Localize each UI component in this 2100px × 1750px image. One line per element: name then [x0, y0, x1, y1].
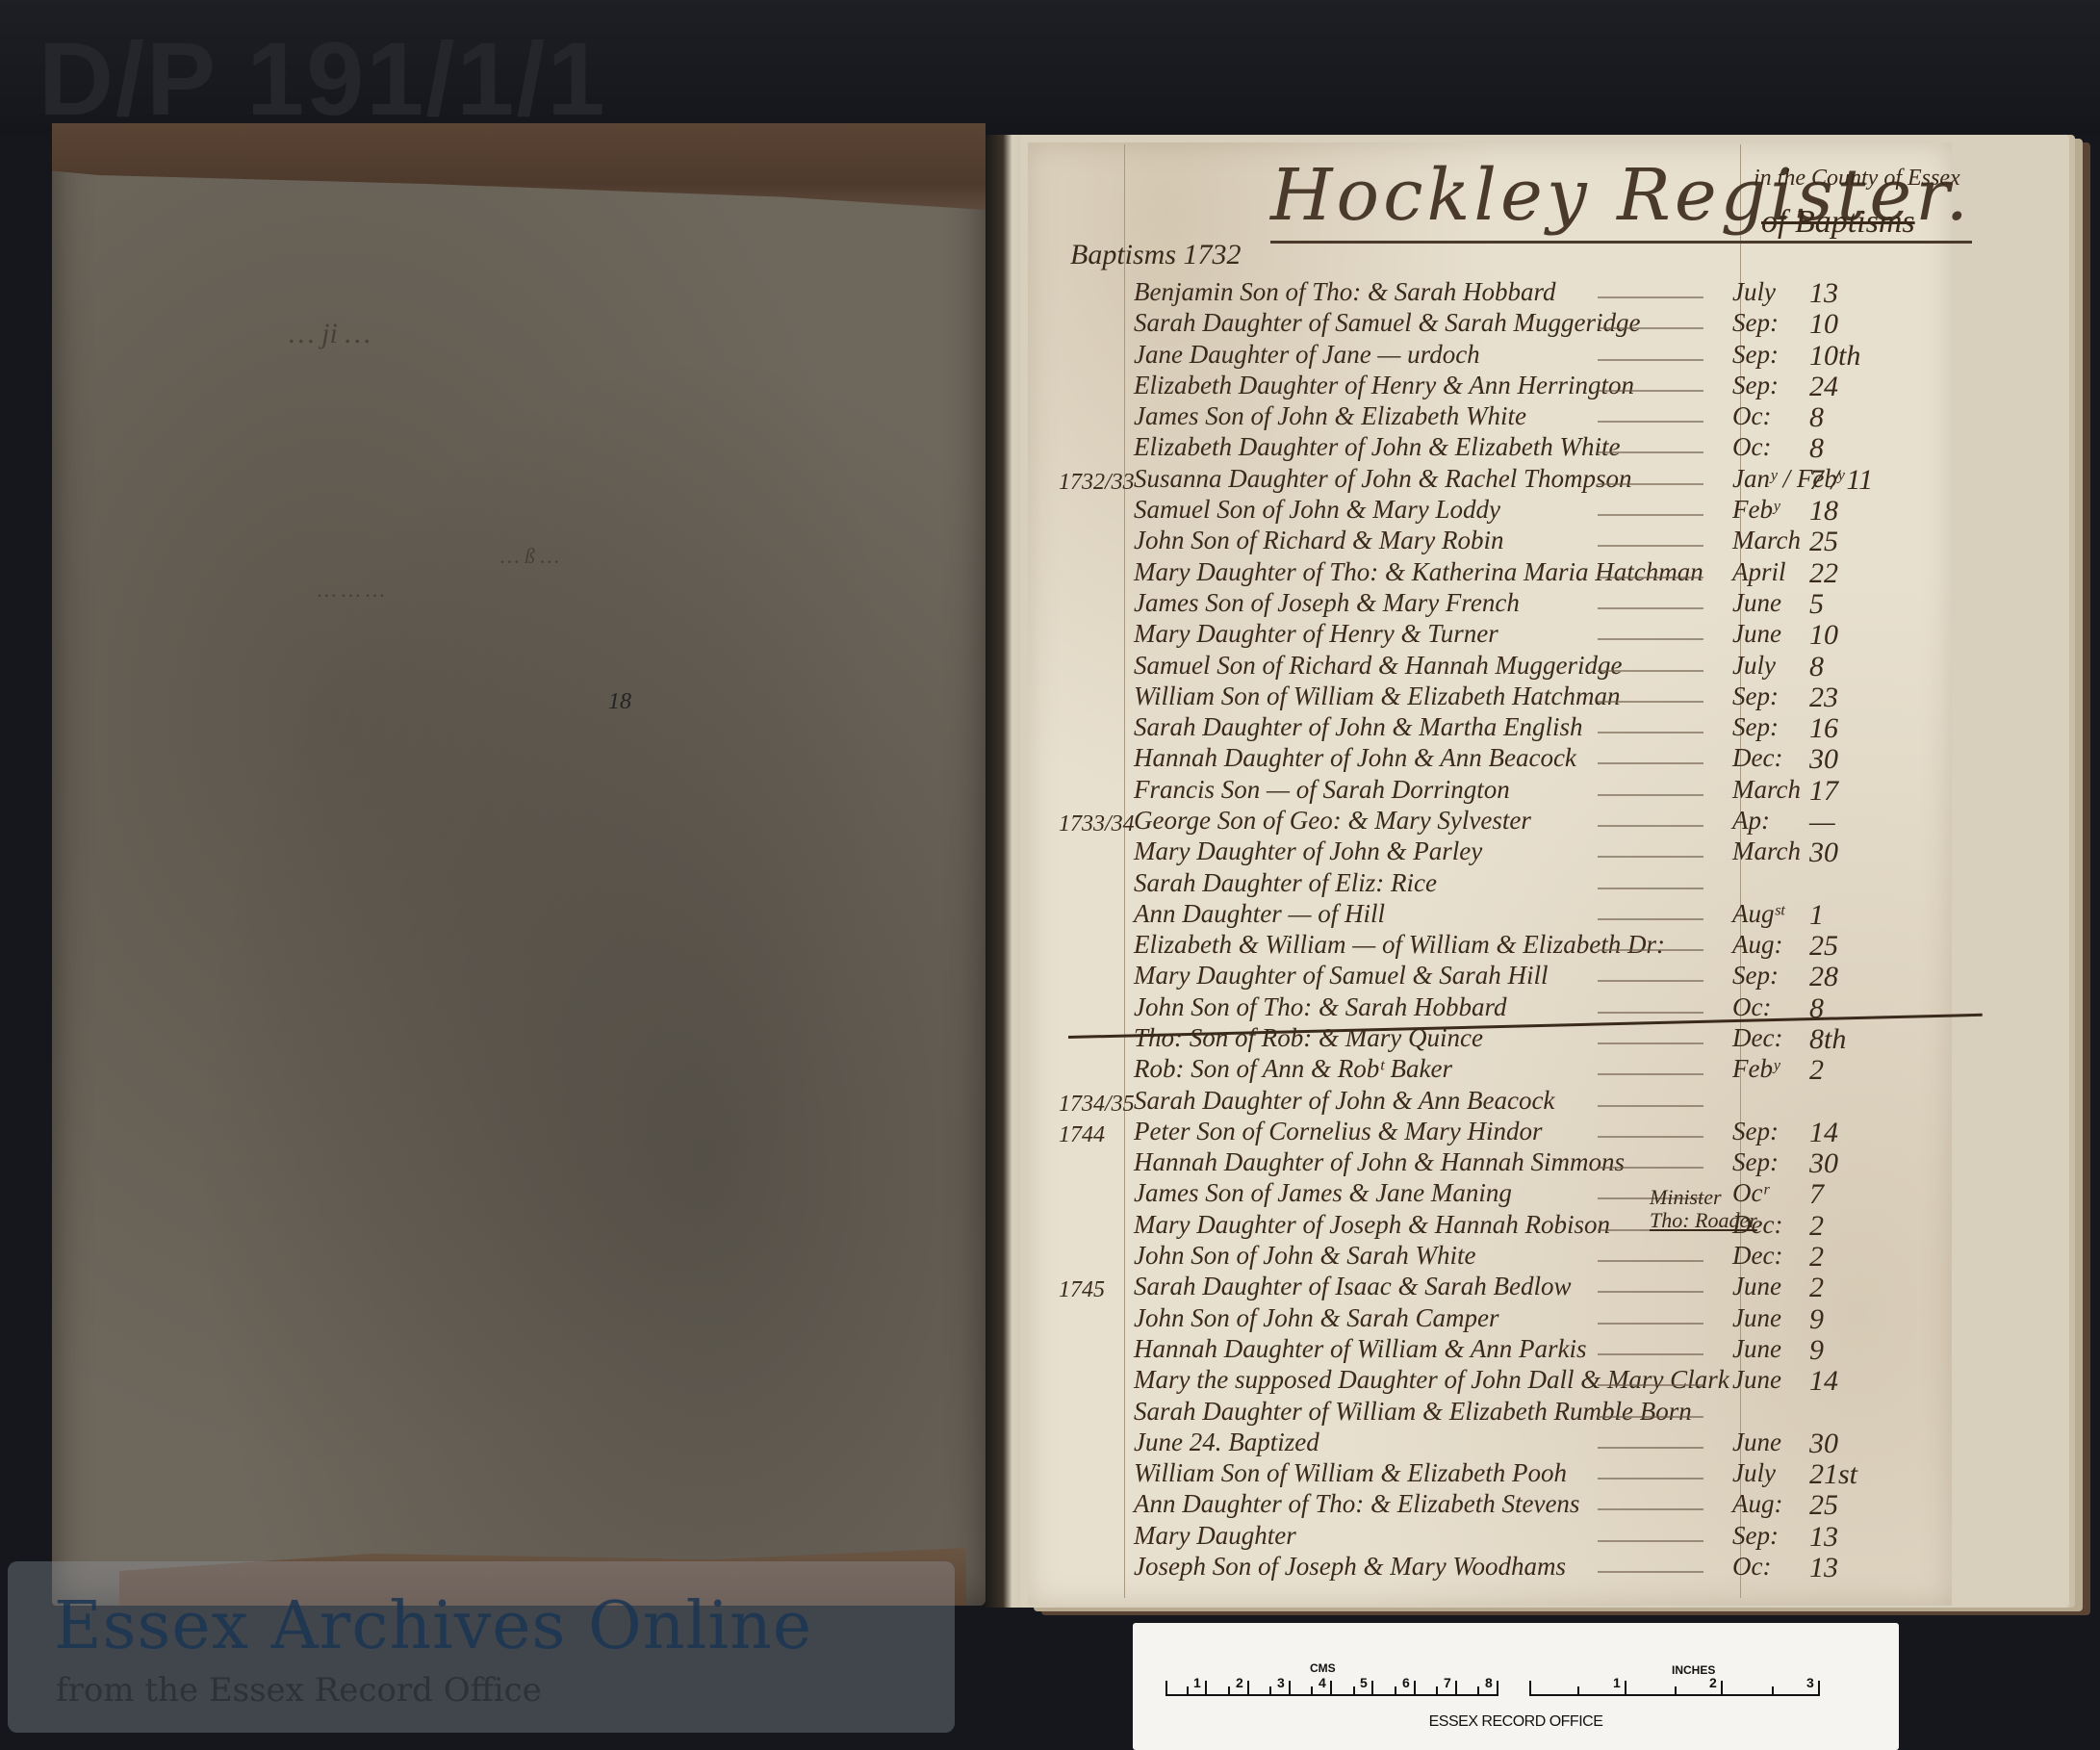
entry-filler-line — [1598, 296, 1703, 298]
entry-day: 10 — [1809, 619, 1838, 652]
entry-filler-line — [1598, 327, 1703, 329]
entry-child-parents: Sarah Daughter of John & Martha English — [1134, 712, 1583, 742]
cms-label: CMS — [1310, 1661, 1336, 1675]
register-entry: Samuel Son of John & Mary LoddyFebʸ18 — [1059, 495, 1973, 529]
entry-child-parents: John Son of Tho: & Sarah Hobbard — [1134, 992, 1507, 1022]
entry-filler-line — [1598, 794, 1703, 796]
entry-child-parents: Peter Son of Cornelius & Mary Hindor — [1134, 1117, 1542, 1146]
register-entry: Francis Son — of Sarah DorringtonMarch17 — [1059, 775, 1973, 810]
entry-child-parents: John Son of John & Sarah Camper — [1134, 1303, 1498, 1333]
register-entry: Sarah Daughter of Samuel & Sarah Muggeri… — [1059, 308, 1973, 343]
register-entry: Ann Daughter of Tho: & Elizabeth Stevens… — [1059, 1489, 1973, 1524]
entry-child-parents: Sarah Daughter of William & Elizabeth Ru… — [1134, 1397, 1692, 1427]
ruler-minor-tick — [1311, 1686, 1313, 1694]
entry-day: — — [1809, 806, 1835, 838]
entry-child-parents: Samuel Son of John & Mary Loddy — [1134, 495, 1500, 525]
entry-filler-line — [1598, 1508, 1703, 1510]
ruler-tick — [1165, 1681, 1167, 1694]
ruler-minor-tick — [1187, 1686, 1189, 1694]
entry-filler-line — [1598, 825, 1703, 827]
cover-inscription-mid-2: … … … — [318, 578, 385, 603]
register-entry: Jane Daughter of Jane — urdochSep:10th — [1059, 340, 1973, 374]
register-entry: Mary Daughter of John & ParleyMarch30 — [1059, 836, 1973, 871]
entry-child-parents: Ann Daughter — of Hill — [1134, 899, 1385, 929]
ruler-label: 7 — [1444, 1675, 1451, 1690]
entry-month: March — [1732, 836, 1801, 866]
entry-month: April — [1732, 557, 1786, 587]
entry-child-parents: Mary Daughter of John & Parley — [1134, 836, 1482, 866]
entry-day: 14 — [1809, 1365, 1838, 1398]
register-entry: James Son of John & Elizabeth WhiteOc:8 — [1059, 401, 1973, 436]
register-entry: William Son of William & Elizabeth PoohJ… — [1059, 1458, 1973, 1493]
entry-filler-line — [1598, 1012, 1703, 1014]
minister-name: Tho: Roader — [1650, 1209, 1757, 1232]
entry-filler-line — [1598, 1167, 1703, 1169]
ruler-tick — [1371, 1681, 1373, 1694]
entry-filler-line — [1598, 1353, 1703, 1355]
ruler-minor-tick — [1772, 1686, 1774, 1694]
entry-day: 2 — [1809, 1272, 1824, 1304]
register-entry: June 24. BaptizedJune30 — [1059, 1428, 1973, 1462]
ruler-label: 6 — [1402, 1675, 1410, 1690]
ruler-label: 1 — [1613, 1675, 1621, 1690]
entry-month: Sep: — [1732, 682, 1779, 711]
ruler-minor-tick — [1353, 1686, 1355, 1694]
register-entry: Mary Daughter of Tho: & Katherina Maria … — [1059, 557, 1973, 592]
register-entry: Samuel Son of Richard & Hannah Muggeridg… — [1059, 651, 1973, 685]
ruler-minor-tick — [1577, 1686, 1579, 1694]
ruler-tick — [1247, 1681, 1249, 1694]
entry-child-parents: William Son of William & Elizabeth Hatch… — [1134, 682, 1621, 711]
reference-code: D/P 191/1/1 — [38, 27, 606, 131]
entry-day: 13 — [1809, 277, 1838, 310]
entry-child-parents: John Son of John & Sarah White — [1134, 1241, 1475, 1271]
ruler-tick — [1330, 1681, 1332, 1694]
ruler-tick — [1529, 1681, 1531, 1694]
ruler-label: 3 — [1277, 1675, 1285, 1690]
register-entry: Hannah Daughter of John & Hannah Simmons… — [1059, 1147, 1973, 1182]
entry-filler-line — [1598, 1073, 1703, 1075]
entry-child-parents: James Son of James & Jane Maning — [1134, 1178, 1512, 1208]
register-subtitle-baptisms: of Baptisms — [1761, 204, 1915, 241]
entry-child-parents: James Son of Joseph & Mary French — [1134, 588, 1520, 618]
register-entry: John Son of Richard & Mary RobinMarch25 — [1059, 526, 1973, 560]
entry-day: 8 — [1809, 651, 1824, 683]
entry-filler-line — [1598, 1416, 1703, 1418]
entry-child-parents: William Son of William & Elizabeth Pooh — [1134, 1458, 1567, 1488]
register-entry: 1733/34George Son of Geo: & Mary Sylvest… — [1059, 806, 1973, 840]
entry-child-parents: George Son of Geo: & Mary Sylvester — [1134, 806, 1531, 836]
entry-filler-line — [1598, 421, 1703, 423]
ruler-minor-tick — [1395, 1686, 1396, 1694]
entry-month: June — [1732, 1334, 1781, 1364]
entry-day: 17 — [1809, 775, 1838, 808]
register-entry: Sarah Daughter of Eliz: Rice — [1059, 868, 1973, 903]
entry-filler-line — [1598, 483, 1703, 485]
register-entry: James Son of James & Jane ManingOcʳ7 — [1059, 1178, 1973, 1213]
register-entry: Elizabeth & William — of William & Eliza… — [1059, 930, 1973, 965]
entry-day: 22 — [1809, 557, 1838, 590]
register-entry: Tho: Son of Rob: & Mary QuinceDec:8th — [1059, 1023, 1973, 1058]
entry-day: 8th — [1809, 1023, 1846, 1056]
entry-month: March — [1732, 526, 1801, 555]
entry-month: Augˢᵗ — [1732, 899, 1784, 929]
ruler-label: 3 — [1806, 1675, 1814, 1690]
entry-day: 2 — [1809, 1210, 1824, 1243]
entry-month: Febʸ — [1732, 495, 1780, 525]
ruler-minor-tick — [1269, 1686, 1271, 1694]
entry-filler-line — [1598, 359, 1703, 361]
watermark-subtitle: from the Essex Record Office — [56, 1671, 542, 1710]
entry-filler-line — [1598, 514, 1703, 516]
register-entry: 1732/33Susanna Daughter of John & Rachel… — [1059, 464, 1973, 499]
entry-day: 2 — [1809, 1241, 1824, 1274]
entry-day: 13 — [1809, 1521, 1838, 1554]
entry-day: 2 — [1809, 1054, 1824, 1087]
ruler-label: 2 — [1236, 1675, 1243, 1690]
entry-year: 1744 — [1059, 1122, 1105, 1148]
entry-filler-line — [1598, 732, 1703, 733]
entry-child-parents: Mary Daughter — [1134, 1521, 1296, 1551]
entry-month: June — [1732, 588, 1781, 618]
entry-child-parents: Mary Daughter of Tho: & Katherina Maria … — [1134, 557, 1703, 587]
entry-filler-line — [1598, 1042, 1703, 1044]
entry-child-parents: Hannah Daughter of John & Ann Beacock — [1134, 743, 1576, 773]
entry-child-parents: Mary Daughter of Henry & Turner — [1134, 619, 1498, 649]
entry-day: 8 — [1809, 432, 1824, 465]
entry-child-parents: Samuel Son of Richard & Hannah Muggeridg… — [1134, 651, 1622, 681]
entry-filler-line — [1598, 545, 1703, 547]
register-entry: John Son of Tho: & Sarah HobbardOc:8 — [1059, 992, 1973, 1027]
entry-month: Oc: — [1732, 1552, 1771, 1582]
entry-child-parents: Sarah Daughter of Samuel & Sarah Muggeri… — [1134, 308, 1640, 338]
scale-card: 12345678 CMS 123 INCHES ESSEX RECORD OFF… — [1133, 1623, 1899, 1750]
entry-month: July — [1732, 1458, 1776, 1488]
ruler-minor-tick — [1228, 1686, 1230, 1694]
entry-child-parents: Sarah Daughter of John & Ann Beacock — [1134, 1086, 1554, 1116]
entry-child-parents: Susanna Daughter of John & Rachel Thomps… — [1134, 464, 1631, 494]
entry-day: 30 — [1809, 743, 1838, 776]
ruler-label: 8 — [1485, 1675, 1493, 1690]
entry-filler-line — [1598, 1384, 1703, 1386]
entry-month: Aug: — [1732, 1489, 1782, 1519]
register-entry: Benjamin Son of Tho: & Sarah HobbardJuly… — [1059, 277, 1973, 312]
entry-year: 1732/33 — [1059, 470, 1135, 496]
entry-child-parents: Sarah Daughter of Isaac & Sarah Bedlow — [1134, 1272, 1571, 1301]
entry-child-parents: Elizabeth & William — of William & Eliza… — [1134, 930, 1665, 960]
entry-month: Febʸ — [1732, 1054, 1780, 1084]
entry-day: 21st — [1809, 1458, 1857, 1491]
cover-inscription-mid-1: … ß … — [500, 544, 559, 569]
entry-day: 8 — [1809, 401, 1824, 434]
entry-child-parents: Elizabeth Daughter of John & Elizabeth W… — [1134, 432, 1620, 462]
entry-month: Aug: — [1732, 930, 1782, 960]
entry-filler-line — [1598, 1291, 1703, 1293]
entry-filler-line — [1598, 918, 1703, 920]
entry-day: 14 — [1809, 1117, 1838, 1149]
ruler-tick — [1721, 1681, 1723, 1694]
entry-filler-line — [1598, 451, 1703, 453]
cover-inscription-top: … ji … — [289, 318, 371, 350]
entry-filler-line — [1598, 1260, 1703, 1262]
register-entry: Rob: Son of Ann & Robᵗ BakerFebʸ2 — [1059, 1054, 1973, 1089]
entry-month: June — [1732, 1365, 1781, 1395]
entry-month: June — [1732, 1272, 1781, 1301]
entry-child-parents: Joseph Son of Joseph & Mary Woodhams — [1134, 1552, 1566, 1582]
entry-filler-line — [1598, 607, 1703, 609]
entry-day: 1 — [1809, 899, 1824, 932]
register-entry: 1744Peter Son of Cornelius & Mary Hindor… — [1059, 1117, 1973, 1151]
entry-child-parents: Hannah Daughter of William & Ann Parkis — [1134, 1334, 1587, 1364]
ruler-label: 2 — [1709, 1675, 1717, 1690]
register-entry: Mary DaughterSep:13 — [1059, 1521, 1973, 1556]
inches-label: INCHES — [1672, 1663, 1715, 1677]
entry-day: 24 — [1809, 371, 1838, 403]
entry-filler-line — [1598, 1571, 1703, 1573]
entry-filler-line — [1598, 888, 1703, 889]
ruler-minor-tick — [1477, 1686, 1479, 1694]
entry-month: Sep: — [1732, 1521, 1779, 1551]
entry-year: 1734/35 — [1059, 1092, 1135, 1118]
entry-day: 16 — [1809, 712, 1838, 745]
ruler-label: 4 — [1319, 1675, 1326, 1690]
entry-day: 7 / 11 — [1809, 464, 1873, 497]
register-entry: Elizabeth Daughter of Henry & Ann Herrin… — [1059, 371, 1973, 405]
entry-month: Sep: — [1732, 1117, 1779, 1146]
watermark-title: Essex Archives Online — [54, 1588, 812, 1664]
section-heading: Baptisms 1732 — [1070, 239, 1242, 271]
register-entry: John Son of John & Sarah WhiteDec:2 — [1059, 1241, 1973, 1275]
entry-day: 25 — [1809, 526, 1838, 558]
ruler-tick — [1625, 1681, 1626, 1694]
entry-filler-line — [1598, 1105, 1703, 1107]
entry-child-parents: Jane Daughter of Jane — urdoch — [1134, 340, 1480, 370]
entry-month: Oc: — [1732, 432, 1771, 462]
entry-child-parents: Francis Son — of Sarah Dorrington — [1134, 775, 1510, 805]
entry-month: Sep: — [1732, 308, 1779, 338]
ruler-label: 1 — [1193, 1675, 1201, 1690]
ruler-tick — [1414, 1681, 1416, 1694]
entry-day: 5 — [1809, 588, 1824, 621]
entry-day: 23 — [1809, 682, 1838, 714]
register-entry: Sarah Daughter of John & Martha EnglishS… — [1059, 712, 1973, 747]
entry-filler-line — [1598, 762, 1703, 764]
entry-month: Dec: — [1732, 743, 1782, 773]
register-entry: Mary Daughter of Joseph & Hannah Robison… — [1059, 1210, 1973, 1245]
entry-child-parents: Ann Daughter of Tho: & Elizabeth Stevens — [1134, 1489, 1579, 1519]
entry-day: 10th — [1809, 340, 1860, 373]
scale-caption: ESSEX RECORD OFFICE — [1133, 1713, 1899, 1731]
entry-day: 30 — [1809, 1428, 1838, 1460]
register-entry: Hannah Daughter of John & Ann BeacockDec… — [1059, 743, 1973, 778]
register-entry: Elizabeth Daughter of John & Elizabeth W… — [1059, 432, 1973, 467]
register-entry: 1745Sarah Daughter of Isaac & Sarah Bedl… — [1059, 1272, 1973, 1306]
entry-child-parents: June 24. Baptized — [1134, 1428, 1319, 1457]
entry-filler-line — [1598, 701, 1703, 703]
register-entry: Sarah Daughter of William & Elizabeth Ru… — [1059, 1397, 1973, 1431]
entry-filler-line — [1598, 1323, 1703, 1325]
ruler-minor-tick — [1436, 1686, 1438, 1694]
register-entry: Mary Daughter of Samuel & Sarah HillSep:… — [1059, 961, 1973, 995]
entry-day: 25 — [1809, 930, 1838, 963]
entry-day: 7 — [1809, 1178, 1824, 1211]
register-entry: Mary Daughter of Henry & TurnerJune10 — [1059, 619, 1973, 654]
entry-child-parents: Mary Daughter of Samuel & Sarah Hill — [1134, 961, 1548, 991]
entry-child-parents: Hannah Daughter of John & Hannah Simmons — [1134, 1147, 1625, 1177]
entry-filler-line — [1598, 856, 1703, 858]
register-entry: Mary the supposed Daughter of John Dall … — [1059, 1365, 1973, 1400]
register-entry: William Son of William & Elizabeth Hatch… — [1059, 682, 1973, 716]
entry-filler-line — [1598, 1478, 1703, 1480]
entry-child-parents: Elizabeth Daughter of Henry & Ann Herrin… — [1134, 371, 1634, 400]
entry-filler-line — [1598, 390, 1703, 392]
entry-month: Ap: — [1732, 806, 1770, 836]
entry-filler-line — [1598, 980, 1703, 982]
entry-child-parents: Mary the supposed Daughter of John Dall … — [1134, 1365, 1729, 1395]
entry-day: 28 — [1809, 961, 1838, 993]
front-cover-board — [52, 123, 986, 1606]
minister-note: Minister Tho: Roader — [1650, 1186, 1757, 1232]
entry-month: June — [1732, 619, 1781, 649]
entry-day: 9 — [1809, 1334, 1824, 1367]
entry-month: Sep: — [1732, 961, 1779, 991]
register-subtitle-county: in the County of Essex — [1754, 166, 1960, 192]
entry-day: 13 — [1809, 1552, 1838, 1584]
entry-child-parents: Rob: Son of Ann & Robᵗ Baker — [1134, 1054, 1452, 1084]
entry-month: July — [1732, 277, 1776, 307]
register-entry: James Son of Joseph & Mary FrenchJune5 — [1059, 588, 1973, 623]
entry-month: Sep: — [1732, 712, 1779, 742]
register-entry: Joseph Son of Joseph & Mary WoodhamsOc:1… — [1059, 1552, 1973, 1586]
entry-child-parents: Benjamin Son of Tho: & Sarah Hobbard — [1134, 277, 1556, 307]
entry-child-parents: James Son of John & Elizabeth White — [1134, 401, 1526, 431]
entry-filler-line — [1598, 638, 1703, 640]
entry-month: Sep: — [1732, 340, 1779, 370]
entry-filler-line — [1598, 1447, 1703, 1449]
entry-filler-line — [1598, 1540, 1703, 1542]
entry-filler-line — [1598, 577, 1703, 579]
entry-filler-line — [1598, 670, 1703, 672]
entry-year: 1745 — [1059, 1277, 1105, 1303]
entry-month: June — [1732, 1428, 1781, 1457]
ruler-tick — [1497, 1681, 1498, 1694]
ruler-tick — [1289, 1681, 1291, 1694]
entry-month: Dec: — [1732, 1023, 1782, 1053]
entry-filler-line — [1598, 949, 1703, 951]
entry-month: Sep: — [1732, 371, 1779, 400]
entry-day: 30 — [1809, 1147, 1838, 1180]
entry-month: Oc: — [1732, 401, 1771, 431]
ruler-tick — [1205, 1681, 1207, 1694]
entry-day: 18 — [1809, 495, 1838, 528]
entry-child-parents: John Son of Richard & Mary Robin — [1134, 526, 1503, 555]
entry-month: March — [1732, 775, 1801, 805]
register-entry: 1734/35Sarah Daughter of John & Ann Beac… — [1059, 1086, 1973, 1120]
entry-year: 1733/34 — [1059, 811, 1135, 837]
cover-mark: 18 — [608, 689, 631, 715]
ruler-minor-tick — [1675, 1686, 1677, 1694]
register-entry: Hannah Daughter of William & Ann ParkisJ… — [1059, 1334, 1973, 1369]
ruler-tick — [1818, 1681, 1820, 1694]
entry-child-parents: Mary Daughter of Joseph & Hannah Robison — [1134, 1210, 1610, 1240]
entry-child-parents: Sarah Daughter of Eliz: Rice — [1134, 868, 1437, 898]
register-entry: Ann Daughter — of HillAugˢᵗ1 — [1059, 899, 1973, 934]
entry-month: Dec: — [1732, 1241, 1782, 1271]
entry-month: July — [1732, 651, 1776, 681]
register-entry: John Son of John & Sarah CamperJune9 — [1059, 1303, 1973, 1338]
entry-day: 10 — [1809, 308, 1838, 341]
entry-day: 25 — [1809, 1489, 1838, 1522]
ruler-label: 5 — [1360, 1675, 1368, 1690]
entry-day: 9 — [1809, 1303, 1824, 1336]
minister-label: Minister — [1650, 1186, 1757, 1209]
cover-leather-top — [52, 123, 986, 210]
entry-month: June — [1732, 1303, 1781, 1333]
entry-month: Sep: — [1732, 1147, 1779, 1177]
entry-day: 30 — [1809, 836, 1838, 869]
entry-filler-line — [1598, 1136, 1703, 1138]
ruler-tick — [1455, 1681, 1457, 1694]
